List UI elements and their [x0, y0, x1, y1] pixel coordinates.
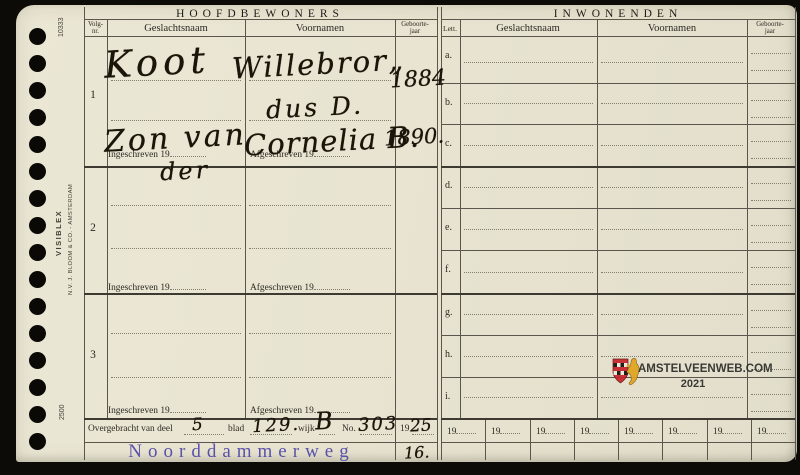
punch-hole [29, 217, 46, 234]
dotted-rule [464, 272, 593, 273]
punch-hole [29, 352, 46, 369]
handwritten-surname: Zon van [103, 117, 248, 159]
dotted-rule [249, 377, 391, 378]
watermark-year: 2021 [638, 378, 748, 390]
dotted-rule [751, 183, 791, 184]
grid-line [747, 20, 748, 418]
blad-label: blad [228, 424, 244, 434]
grid-line [530, 418, 531, 460]
punch-hole [29, 55, 46, 72]
handwritten-house-number: 16. [404, 442, 430, 462]
dotted-rule [601, 314, 743, 315]
year-cell: 19 [668, 424, 697, 437]
punch-hole [29, 298, 46, 315]
ingeschreven-label: Ingeschreven 19 [108, 280, 206, 293]
grid-line [441, 19, 795, 20]
dotted-rule [464, 103, 593, 104]
year-cell: 19 [447, 424, 476, 437]
column-header-volgnr: Volg-nr. [79, 21, 112, 36]
column-header-lett: Lett. [435, 25, 465, 32]
row-number: 1 [79, 89, 107, 101]
street-name-stamp: Noorddammerweg [114, 441, 369, 463]
dotted-rule [601, 229, 743, 230]
afgeschreven-label: Afgeschreven 19 [250, 403, 350, 416]
grid-line [84, 19, 437, 20]
dotted-rule [751, 267, 791, 268]
year-cell: 19 [536, 424, 565, 437]
grid-line [441, 83, 795, 84]
grid-line [441, 442, 795, 443]
dotted-rule [464, 314, 593, 315]
letter-label: e. [445, 222, 452, 233]
punch-hole [29, 244, 46, 261]
punch-hole [29, 190, 46, 207]
grid-line [441, 293, 795, 295]
handwritten-wijk: B [314, 407, 333, 436]
dotted-rule [111, 333, 241, 334]
dotted-rule [601, 272, 743, 273]
dotted-rule [751, 70, 791, 71]
punch-hole [29, 163, 46, 180]
handwritten-blad: 129. [251, 414, 300, 437]
grid-line [751, 418, 752, 460]
dotted-rule [464, 62, 593, 63]
dotted-rule [751, 411, 791, 412]
stub-code-bottom: 2500 [59, 404, 66, 420]
grid-line [460, 20, 461, 418]
dotted-rule [751, 242, 791, 243]
dotted-rule [601, 145, 743, 146]
dotted-rule [601, 62, 743, 63]
letter-label: h. [445, 349, 453, 360]
column-header-surname-left: Geslachtsnaam [116, 23, 236, 34]
dotted-rule [601, 187, 743, 188]
column-header-birthyear-right: Geboorte-jaar [745, 21, 795, 36]
dotted-rule [111, 248, 241, 249]
grid-line [84, 293, 437, 295]
letter-label: g. [445, 307, 453, 318]
punch-hole [29, 28, 46, 45]
ingeschreven-label: Ingeschreven 19 [108, 403, 206, 416]
overgebracht-label: Overgebracht van deel [88, 424, 173, 434]
grid-line [441, 166, 795, 168]
grid-line [84, 166, 437, 168]
dotted-rule [464, 187, 593, 188]
dotted-rule [111, 377, 241, 378]
letter-label: a. [445, 50, 452, 61]
letter-label: b. [445, 97, 453, 108]
punch-hole [29, 433, 46, 450]
dotted-rule [249, 333, 391, 334]
grid-line [795, 7, 796, 460]
dotted-rule [464, 145, 593, 146]
afgeschreven-label: Afgeschreven 19 [250, 280, 350, 293]
column-header-surname-right: Geslachtsnaam [468, 23, 588, 34]
year-cell: 19 [491, 424, 520, 437]
handwritten-firstnames: dus D. [265, 90, 364, 124]
column-header-firstnames-right: Voornamen [612, 23, 732, 34]
letter-label: c. [445, 138, 452, 149]
handwritten-birthyear: 1884 [389, 66, 446, 94]
letter-label: f. [445, 264, 451, 275]
grid-line [441, 335, 795, 336]
dotted-rule [184, 434, 224, 435]
brand-name: VISIBLEX [54, 210, 63, 256]
dotted-rule [464, 397, 593, 398]
dotted-rule [249, 205, 391, 206]
dotted-rule [751, 158, 791, 159]
year-cell: 19 [713, 424, 742, 437]
no-label: No. [342, 424, 356, 434]
stub-code-top: 10333 [58, 18, 65, 37]
dotted-rule [751, 100, 791, 101]
dotted-rule [751, 327, 791, 328]
dotted-rule [751, 394, 791, 395]
photo-background: 10333 VISIBLEX N.V. J. BLOOM & CO. - AMS… [0, 0, 800, 475]
dotted-rule [751, 310, 791, 311]
handwritten-year: 25 [409, 415, 432, 436]
grid-line [441, 124, 795, 125]
punch-hole [29, 82, 46, 99]
handwritten-deel: 5 [191, 415, 203, 436]
grid-line [597, 20, 598, 418]
year-cell: 19 [580, 424, 609, 437]
dotted-rule [751, 117, 791, 118]
dotted-rule [751, 225, 791, 226]
handwritten-number: 303 [357, 413, 398, 436]
handwritten-surname: Koot [103, 38, 211, 86]
grid-line [574, 418, 575, 460]
dotted-rule [464, 229, 593, 230]
grid-line [618, 418, 619, 460]
year-cell: 19 [624, 424, 653, 437]
letter-label: d. [445, 180, 453, 191]
dotted-rule [751, 352, 791, 353]
dotted-rule [249, 248, 391, 249]
column-header-firstnames-left: Voornamen [260, 23, 380, 34]
dotted-rule [464, 356, 593, 357]
punch-hole [29, 109, 46, 126]
row-number: 2 [79, 222, 107, 234]
grid-line [441, 250, 795, 251]
punch-hole [29, 406, 46, 423]
wijk-label: wijk [298, 424, 315, 434]
grid-line [485, 418, 486, 460]
letter-label: i. [445, 391, 450, 402]
dotted-rule [111, 205, 241, 206]
handwritten-birthyear: 1890. [383, 123, 444, 150]
grid-line [707, 418, 708, 460]
dotted-rule [751, 200, 791, 201]
grid-line [662, 418, 663, 460]
punch-hole [29, 136, 46, 153]
register-card: 10333 VISIBLEX N.V. J. BLOOM & CO. - AMS… [16, 5, 797, 462]
grid-line [441, 36, 795, 37]
year-cell: 19 [757, 424, 786, 437]
column-header-birthyear-left: Geboorte-jaar [390, 21, 440, 36]
grid-line [84, 36, 437, 37]
dotted-rule [601, 103, 743, 104]
year-prefix: 19 [400, 424, 409, 434]
row-number: 3 [79, 349, 107, 361]
grid-line [441, 418, 795, 420]
punch-hole [29, 379, 46, 396]
watermark-text: AMSTELVEENWEB.COM [638, 363, 773, 375]
dotted-rule [751, 141, 791, 142]
punch-hole [29, 325, 46, 342]
grid-line [441, 208, 795, 209]
punch-hole [29, 271, 46, 288]
dotted-rule [601, 397, 743, 398]
dotted-rule [751, 284, 791, 285]
brand-company: N.V. J. BLOOM & CO. - AMSTERDAM [68, 184, 74, 295]
handwritten-surname: der [159, 156, 210, 187]
dotted-rule [751, 53, 791, 54]
